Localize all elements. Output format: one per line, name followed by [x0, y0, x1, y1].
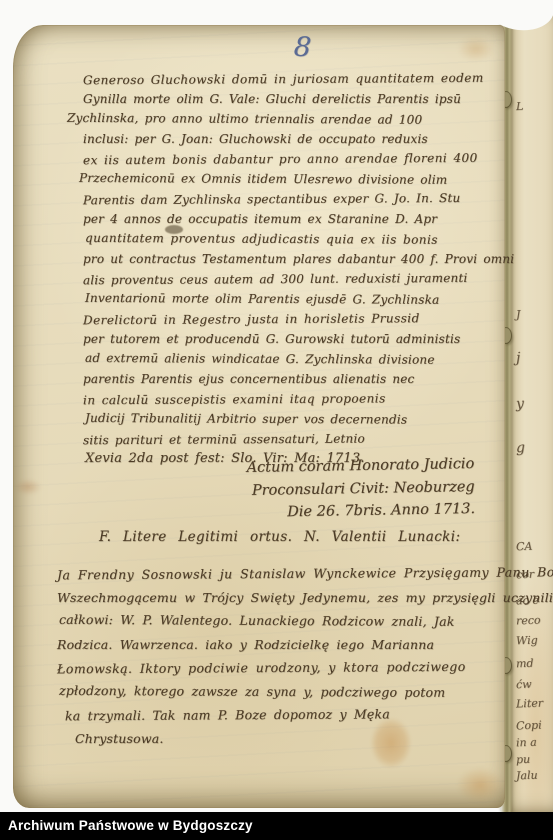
- adjacent-page-text-fragment: CA: [516, 540, 533, 554]
- manuscript-line: Generoso Gluchowski domū in juriosam qua…: [83, 68, 501, 91]
- manuscript-line: Wszechmogącemu w Trójcy Swięty Jedynemu,…: [57, 586, 503, 610]
- polish-text-block: Ja Frendny Sosnowski ju Stanislaw Wyncke…: [57, 562, 503, 750]
- manuscript-line: Gynilla morte olim G. Vale: Gluchi derel…: [83, 89, 501, 109]
- manuscript-line: Judicij Tribunalitij Arbitrio super vos …: [85, 408, 503, 430]
- page-number: 8: [293, 31, 312, 63]
- manuscript-scan: L J j y g CA cor ac e reco Wig md ćw Lit…: [0, 0, 553, 840]
- paper-stain: [11, 477, 45, 497]
- manuscript-line: całkowi: W. P. Walentego. Lunackiego Rod…: [59, 608, 505, 634]
- manuscript-line: Łomowską. Iktory podciwie urodzony, y kt…: [57, 655, 503, 681]
- manuscript-line: Zychlinska, pro anno ultimo triennalis a…: [67, 108, 503, 130]
- latin-text-block: Generoso Gluchowski domū in juriosam qua…: [83, 69, 501, 469]
- manuscript-line: ad extremū alienis windicatae G. Zychlin…: [85, 348, 503, 370]
- adjacent-page-text-fragment: y: [516, 396, 524, 412]
- manuscript-line: parentis Parentis ejus concernentibus al…: [83, 369, 501, 389]
- dateline-block: Actum coram Honorato Judicio Proconsular…: [247, 453, 476, 524]
- adjacent-page-text-fragment: ćw: [516, 678, 532, 692]
- manuscript-line: Derelictorū in Regestro justa in horisle…: [83, 308, 501, 331]
- manuscript-page: 8 Generoso Gluchowski domū in juriosam q…: [13, 25, 505, 808]
- archive-footer-bar: Archiwum Państwowe w Bydgoszczy: [0, 812, 553, 840]
- manuscript-line: sitis parituri et terminū assensaturi, L…: [83, 428, 501, 451]
- manuscript-line: per tutorem et producendū G. Gurowski tu…: [83, 329, 501, 349]
- manuscript-line: per 4 annos de occupatis itemum ex Stara…: [83, 209, 501, 229]
- adjacent-page-text-fragment: g: [516, 440, 526, 456]
- manuscript-line: inclusi: per G. Joan: Gluchowski de occu…: [83, 129, 501, 149]
- adjacent-page-text-fragment: Liter: [516, 697, 543, 711]
- manuscript-line: Parentis dam Zychlinska spectantibus exp…: [83, 188, 501, 211]
- adjacent-page-text-fragment: Jalu: [516, 769, 538, 783]
- manuscript-line: quantitatem proventus adjudicastis quia …: [85, 228, 503, 250]
- manuscript-line: Inventarionū morte olim Parentis ejusdē …: [85, 288, 503, 310]
- manuscript-line: in calculū suscepistis examini itaq prop…: [83, 388, 501, 411]
- adjacent-page-edge: L J j y g CA cor ac e reco Wig md ćw Lit…: [509, 12, 553, 812]
- manuscript-line: Chrystusowa.: [75, 727, 503, 751]
- manuscript-line: ex iis autem bonis dabantur pro anno are…: [83, 148, 501, 171]
- adjacent-page-text-fragment: in a: [516, 736, 537, 750]
- adjacent-page-text-fragment: reco: [516, 614, 541, 628]
- adjacent-page-text-fragment: pu: [516, 753, 531, 766]
- archive-name: Archiwum Państwowe w Bydgoszczy: [8, 818, 253, 833]
- manuscript-line: Przechemiconū ex Omnis itidem Ulesrewo d…: [79, 168, 503, 190]
- manuscript-line: Ja Frendny Sosnowski ju Stanislaw Wyncke…: [57, 561, 503, 587]
- manuscript-line: alis proventus ceus autem ad 300 lunt. r…: [83, 268, 501, 291]
- manuscript-line: ka trzymali. Tak nam P. Boze dopomoz y M…: [65, 702, 503, 728]
- adjacent-page-text-fragment: j: [516, 350, 521, 366]
- manuscript-line: pro ut contractus Testamentum plares dab…: [83, 249, 501, 269]
- dateline-line: Die 26. 7bris. Anno 1713.: [248, 498, 476, 524]
- paper-stain: [451, 763, 509, 807]
- adjacent-page-text-fragment: L: [516, 100, 524, 113]
- manuscript-line: zpłodzony, ktorego zawsze za syna y, pod…: [59, 678, 505, 704]
- section-heading: F. Litere Legitimi ortus. N. Valentii Lu…: [99, 529, 460, 545]
- manuscript-line: Rodzica. Wawrzenca. iako y Rodzicielkę i…: [57, 633, 503, 657]
- adjacent-page-text-fragment: J: [516, 308, 521, 321]
- paper-stain: [453, 33, 499, 65]
- adjacent-page-text-fragment: Copi: [516, 719, 542, 733]
- adjacent-page-text-fragment: Wig: [516, 634, 538, 648]
- adjacent-page-text-fragment: md: [516, 657, 534, 671]
- dateline-line: Actum coram Honorato Judicio: [247, 453, 475, 479]
